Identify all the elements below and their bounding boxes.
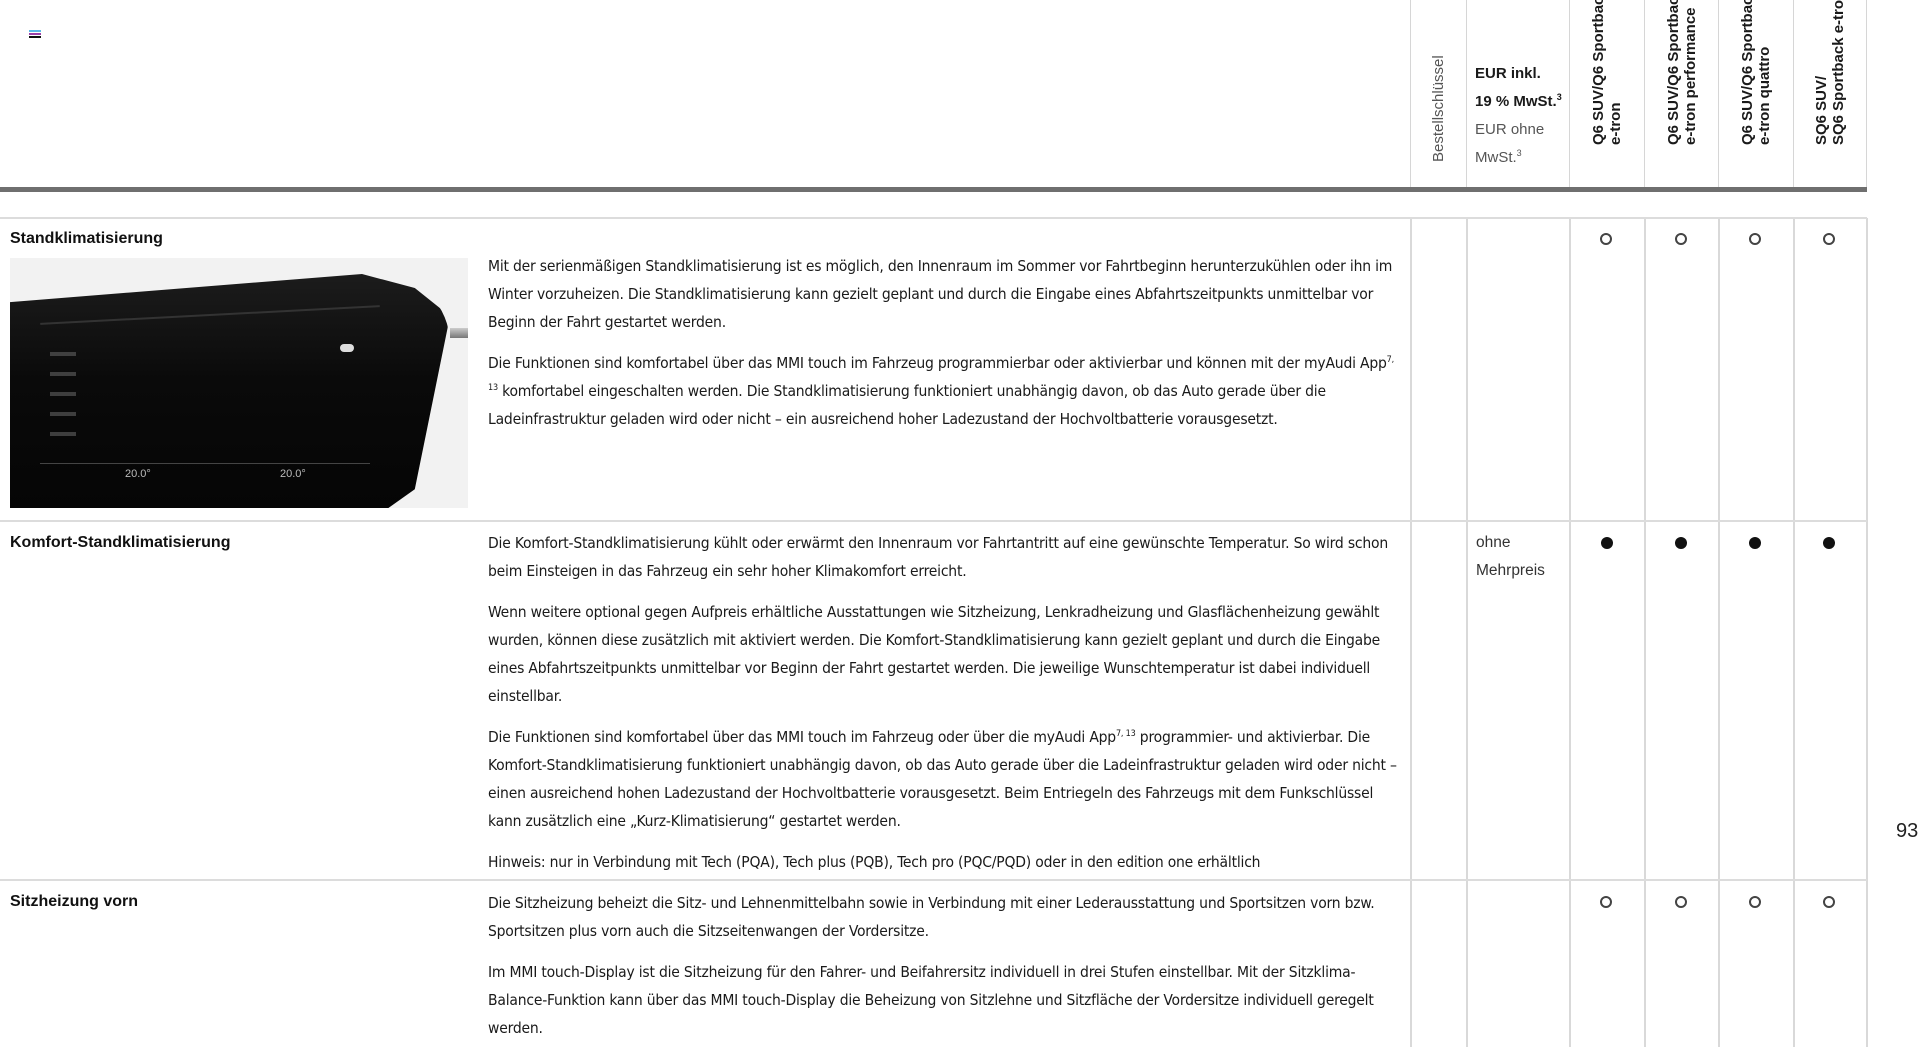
table-header: Bestellschlüssel EUR inkl. 19 % MwSt.3 E… — [0, 0, 1867, 193]
optional-icon — [1600, 896, 1612, 908]
row-divider — [0, 217, 1867, 219]
model-name: e-tron — [1607, 0, 1624, 145]
description-paragraph: Im MMI touch-Display ist die Sitzheizung… — [488, 958, 1406, 1042]
optional-icon — [1823, 896, 1835, 908]
feature-description: Mit der serienmäßigen Standklimatisierun… — [488, 252, 1406, 446]
feature-description: Die Sitzheizung beheizt die Sitz- und Le… — [488, 889, 1406, 1047]
model-name: e-tron performance — [1682, 0, 1699, 145]
optional-icon — [1749, 233, 1761, 245]
header-divider — [0, 187, 1867, 192]
description-paragraph: Wenn weitere optional gegen Aufpreis erh… — [488, 598, 1406, 710]
standard-icon — [1675, 537, 1687, 549]
feature-title-komfort-standklimatisierung: Komfort-Standklimatisierung — [10, 534, 230, 552]
model-name: SQ6 Sportback e-tron — [1830, 0, 1847, 145]
price-text: Mehrpreis — [1476, 557, 1545, 585]
description-paragraph: Die Funktionen sind komfortabel über das… — [488, 723, 1406, 835]
price-vat-label: 19 % MwSt. — [1475, 93, 1557, 110]
standard-icon — [1749, 537, 1761, 549]
description-paragraph: Mit der serienmäßigen Standklimatisierun… — [488, 252, 1406, 336]
mmi-screen: 20.0° 20.0° — [10, 274, 450, 508]
column-divider — [1466, 218, 1468, 1047]
feature-title-sitzheizung-vorn: Sitzheizung vorn — [10, 893, 138, 911]
model-name: Q6 SUV/Q6 Sportback — [1590, 0, 1607, 145]
climate-icons — [50, 352, 76, 442]
model-name: Q6 SUV/Q6 Sportback — [1665, 0, 1682, 145]
row-divider — [0, 520, 1867, 522]
footnote-ref: 7, 13 — [1116, 729, 1136, 739]
price-text: ohne — [1476, 529, 1545, 557]
column-header-model-2: Q6 SUV/Q6 Sportbacke-tron performance — [1644, 0, 1718, 187]
model-name: Q6 SUV/Q6 Sportback — [1739, 0, 1756, 145]
price-cell: ohne Mehrpreis — [1476, 529, 1545, 585]
price-excl-label: EUR ohne — [1475, 121, 1544, 138]
feature-description: Die Komfort-Standklimatisierung kühlt od… — [488, 529, 1406, 889]
standard-icon — [1601, 537, 1613, 549]
model-name: e-tron quattro — [1756, 0, 1773, 145]
standard-icon — [1823, 537, 1835, 549]
note-paragraph: Hinweis: nur in Verbindung mit Tech (PQA… — [488, 848, 1406, 876]
toggle-icon — [340, 344, 354, 352]
price-header: EUR inkl. 19 % MwSt.3 EUR ohne MwSt.3 — [1475, 60, 1562, 172]
column-divider — [1793, 218, 1795, 1047]
column-header-order-key: Bestellschlüssel — [1410, 0, 1466, 187]
column-divider — [1718, 218, 1720, 1047]
optional-icon — [1675, 896, 1687, 908]
description-paragraph: Die Sitzheizung beheizt die Sitz- und Le… — [488, 889, 1406, 945]
price-incl-label: EUR inkl. — [1475, 65, 1541, 82]
optional-icon — [1749, 896, 1761, 908]
footnote-ref: 3 — [1557, 92, 1562, 102]
temp-left: 20.0° — [125, 468, 151, 480]
column-header-model-4: SQ6 SUV/SQ6 Sportback e-tron — [1793, 0, 1867, 187]
column-divider — [1410, 218, 1412, 1047]
mmi-display-image: 20.0° 20.0° — [10, 258, 468, 508]
optional-icon — [1675, 233, 1687, 245]
column-divider — [1866, 218, 1868, 1047]
description-paragraph: Die Komfort-Standklimatisierung kühlt od… — [488, 529, 1406, 585]
optional-icon — [1823, 233, 1835, 245]
column-divider — [1569, 218, 1571, 1047]
temp-right: 20.0° — [280, 468, 306, 480]
column-header-model-3: Q6 SUV/Q6 Sportbacke-tron quattro — [1718, 0, 1793, 187]
column-divider — [1644, 218, 1646, 1047]
description-paragraph: Die Funktionen sind komfortabel über das… — [488, 349, 1406, 433]
price-excl-label-2: MwSt. — [1475, 149, 1517, 166]
footnote-ref: 3 — [1517, 148, 1522, 158]
column-header-model-1: Q6 SUV/Q6 Sportbacke-tron — [1569, 0, 1644, 187]
model-name: SQ6 SUV/ — [1813, 0, 1830, 145]
feature-title-standklimatisierung: Standklimatisierung — [10, 230, 163, 248]
optional-icon — [1600, 233, 1612, 245]
order-key-label: Bestellschlüssel — [1430, 55, 1447, 162]
page-number: 93 — [1896, 820, 1918, 843]
